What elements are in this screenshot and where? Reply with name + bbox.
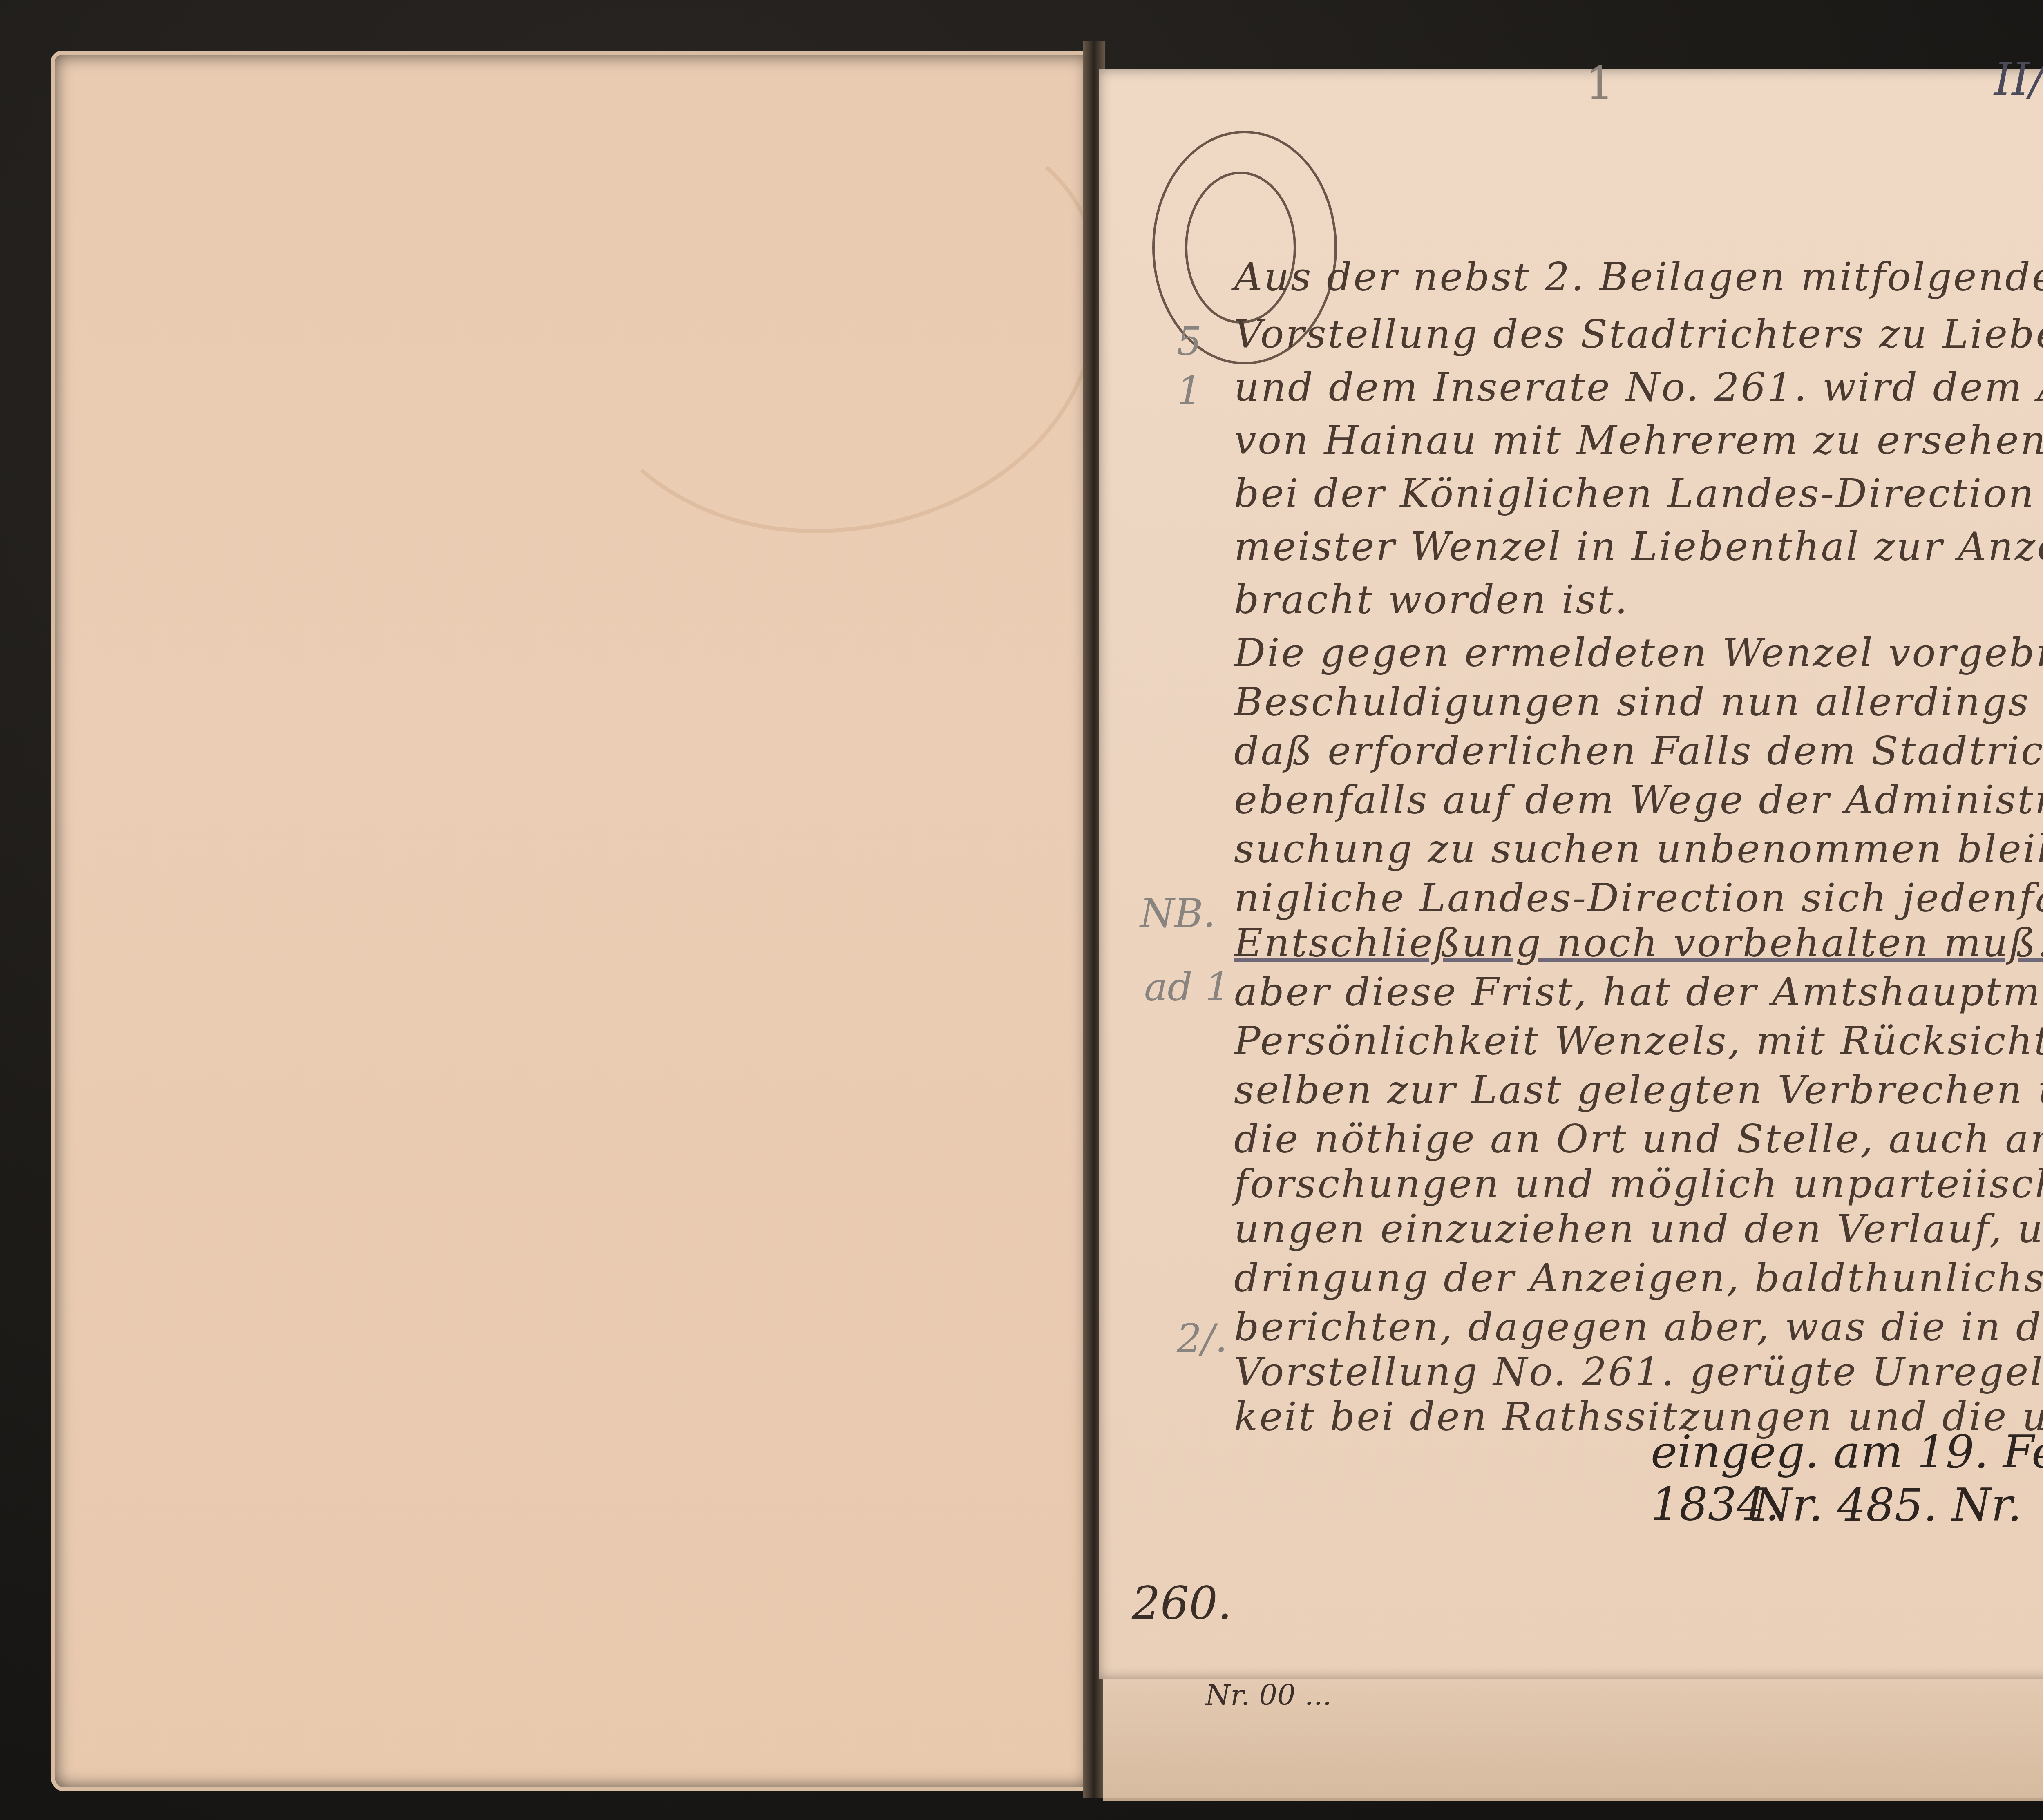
document-number: 260. <box>1132 1577 1232 1629</box>
folio-mark: II/1 <box>1994 53 2043 105</box>
margin-note: 5 <box>1177 319 1202 364</box>
body-line: ungen einzuziehen und den Verlauf, unter… <box>1234 1209 2043 1248</box>
body-line: Vorstellung No. 261. gerügte Unregelmäßi… <box>1234 1352 2043 1391</box>
body-line: dringung der Anzeigen, baldthunlichst zu <box>1234 1258 2043 1297</box>
margin-note: ad 1 <box>1144 964 1230 1010</box>
margin-note: 2/. <box>1177 1315 1227 1361</box>
left-cover-page <box>55 55 1089 1787</box>
body-line: suchung zu suchen unbenommen bleibt, die… <box>1234 829 2043 869</box>
registry-number: Nr. 485. Nr. <box>1753 1479 2022 1531</box>
body-line: forschungen und möglich unparteiische Er… <box>1234 1164 2043 1204</box>
body-line: ebenfalls auf dem Wege der Administrativ… <box>1234 780 2043 820</box>
margin-note: NB. <box>1140 891 1216 936</box>
underlying-page-text: Nr. 00 ... <box>1205 1678 1332 1712</box>
body-line: aber diese Frist, hat der Amtshauptmann … <box>1234 972 2043 1012</box>
body-line: berichten, dagegen aber, was die in der … <box>1234 1307 2043 1347</box>
calligraphic-flourish-inner-icon <box>1185 172 1296 324</box>
body-line: und dem Inserate No. 261. wird dem Amtsh… <box>1234 368 2043 407</box>
body-line: die nöthige an Ort und Stelle, auch ange… <box>1234 1119 2043 1159</box>
margin-note: 1 <box>1177 368 1202 413</box>
body-line: bei der Königlichen Landes-Direction geg… <box>1234 474 2043 513</box>
body-line: Entschließung noch vorbehalten muß. Imme… <box>1234 923 2043 962</box>
body-line: von Hainau mit Mehrerem zu ersehen gegeb… <box>1234 421 2043 460</box>
pencil-page-number: 1 <box>1585 57 1614 109</box>
body-line: meister Wenzel in Liebenthal zur Anzeige… <box>1234 527 2043 566</box>
body-line: daß erforderlichen Falls dem Stadtrichte… <box>1234 731 2043 770</box>
body-line: Die gegen ermeldeten Wenzel vorgebrachte… <box>1234 633 2043 672</box>
body-line: bracht worden ist. <box>1234 580 1629 619</box>
body-line: Persönlichkeit Wenzels, mit Rücksicht au… <box>1234 1021 2043 1061</box>
body-line: Aus der nebst 2. Beilagen mitfolgenden <box>1234 257 2043 297</box>
underlying-page: Nr. 00 ... <box>1103 1671 2043 1801</box>
water-stain <box>578 116 1097 533</box>
body-line: selben zur Last gelegten Verbrechen und … <box>1234 1070 2043 1110</box>
body-line: Vorstellung des Stadtrichters zu Liebent… <box>1234 315 2043 354</box>
body-line: nigliche Landes-Direction sich jedenfall… <box>1234 878 2043 918</box>
body-line: Beschuldigungen sind nun allerdings von … <box>1234 682 2043 721</box>
